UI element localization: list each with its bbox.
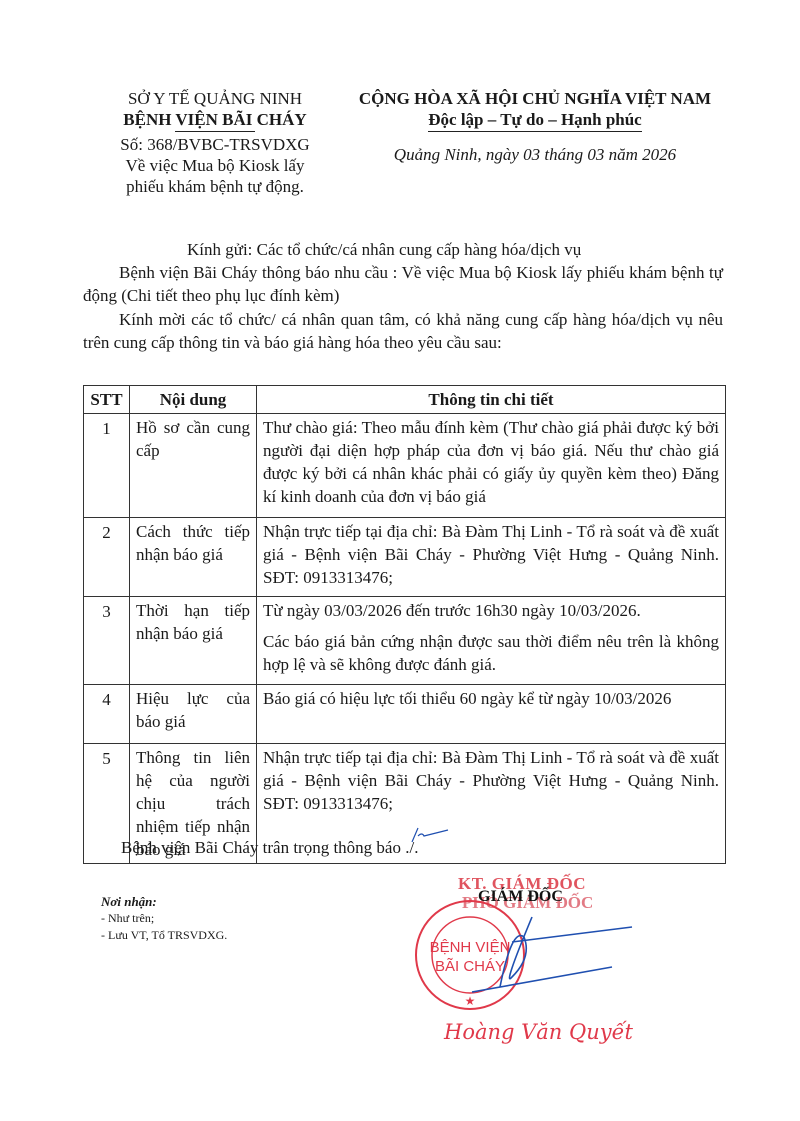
table-row: 3 Thời hạn tiếp nhận báo giá Từ ngày 03/… (84, 597, 726, 685)
recipients-block: Nơi nhận: - Như trên; - Lưu VT, Tổ TRSVD… (101, 893, 227, 944)
signature-block: KT. GIÁM ĐỐC PHÓ GIÁM ĐỐC GIÁM ĐỐC BỆNH … (400, 862, 660, 1062)
row-details: Nhận trực tiếp tại địa chỉ: Bà Đàm Thị L… (257, 518, 726, 597)
initial-mark-icon (408, 826, 452, 844)
svg-text:BỆNH VIỆN: BỆNH VIỆN (430, 939, 511, 956)
recipients-title: Nơi nhận: (101, 893, 227, 910)
table-row: 1 Hồ sơ cần cung cấp Thư chào giá: Theo … (84, 414, 726, 518)
paragraph-invitation: Kính mời các tổ chức/ cá nhân quan tâm, … (83, 308, 723, 354)
row-stt: 2 (84, 518, 130, 597)
issuer-header: SỞ Y TẾ QUẢNG NINH BỆNH VIỆN BÃI CHÁY Số… (70, 88, 360, 197)
row-stt: 3 (84, 597, 130, 685)
column-header-details: Thông tin chi tiết (257, 386, 726, 414)
column-header-content: Nội dung (130, 386, 257, 414)
column-header-stt: STT (84, 386, 130, 414)
row-content: Hiệu lực của báo giá (130, 685, 257, 744)
row-details: Báo giá có hiệu lực tối thiểu 60 ngày kể… (257, 685, 726, 744)
row-content: Hồ sơ cần cung cấp (130, 414, 257, 518)
closing-line: Bệnh viện Bãi Cháy trân trọng thông báo … (121, 838, 418, 858)
place-date: Quảng Ninh, ngày 03 tháng 03 năm 2026 (325, 144, 745, 165)
table-row: 4 Hiệu lực của báo giá Báo giá có hiệu l… (84, 685, 726, 744)
official-seal-icon: BỆNH VIỆN BÃI CHÁY ★ (412, 897, 652, 1017)
hospital-name: BỆNH VIỆN BÃI CHÁY (70, 109, 360, 130)
national-header: CỘNG HÒA XÃ HỘI CHỦ NGHĨA VIỆT NAM Độc l… (325, 88, 745, 165)
svg-text:BÃI CHÁY: BÃI CHÁY (435, 958, 505, 975)
row-stt: 4 (84, 685, 130, 744)
recipient-item: - Như trên; (101, 910, 227, 927)
detail-text: Báo giá có hiệu lực tối thiểu 60 ngày kể… (263, 687, 719, 710)
document-page: SỞ Y TẾ QUẢNG NINH BỆNH VIỆN BÃI CHÁY Số… (0, 0, 800, 1121)
header-divider (175, 131, 255, 132)
row-content: Thời hạn tiếp nhận báo giá (130, 597, 257, 685)
row-details: Thư chào giá: Theo mẫu đính kèm (Thư chà… (257, 414, 726, 518)
detail-text: Các báo giá bản cứng nhận được sau thời … (263, 630, 719, 676)
table-header-row: STT Nội dung Thông tin chi tiết (84, 386, 726, 414)
table-row: 2 Cách thức tiếp nhận báo giá Nhận trực … (84, 518, 726, 597)
department-name: SỞ Y TẾ QUẢNG NINH (70, 88, 360, 109)
svg-text:★: ★ (465, 994, 476, 1008)
document-subject-line1: Về việc Mua bộ Kiosk lấy (70, 155, 360, 176)
detail-text: Thư chào giá: Theo mẫu đính kèm (Thư chà… (263, 416, 719, 508)
national-motto: Độc lập – Tự do – Hạnh phúc (428, 109, 641, 132)
requirements-table: STT Nội dung Thông tin chi tiết 1 Hồ sơ … (83, 385, 726, 864)
detail-text: Từ ngày 03/03/2026 đến trước 16h30 ngày … (263, 599, 719, 622)
paragraph-need: Bệnh viện Bãi Cháy thông báo nhu cầu : V… (83, 261, 723, 307)
salutation: Kính gửi: Các tổ chức/cá nhân cung cấp h… (83, 238, 723, 261)
nation-title: CỘNG HÒA XÃ HỘI CHỦ NGHĨA VIỆT NAM (325, 88, 745, 109)
letter-body: Kính gửi: Các tổ chức/cá nhân cung cấp h… (83, 238, 723, 354)
row-stt: 1 (84, 414, 130, 518)
row-details: Từ ngày 03/03/2026 đến trước 16h30 ngày … (257, 597, 726, 685)
document-number: Số: 368/BVBC-TRSVDXG (70, 134, 360, 155)
detail-text: Nhận trực tiếp tại địa chỉ: Bà Đàm Thị L… (263, 746, 719, 815)
document-subject-line2: phiếu khám bệnh tự động. (70, 176, 360, 197)
recipient-item: - Lưu VT, Tổ TRSVDXG. (101, 927, 227, 944)
row-content: Cách thức tiếp nhận báo giá (130, 518, 257, 597)
signer-name: Hoàng Văn Quyết (444, 1020, 633, 1044)
detail-text: Nhận trực tiếp tại địa chỉ: Bà Đàm Thị L… (263, 520, 719, 589)
